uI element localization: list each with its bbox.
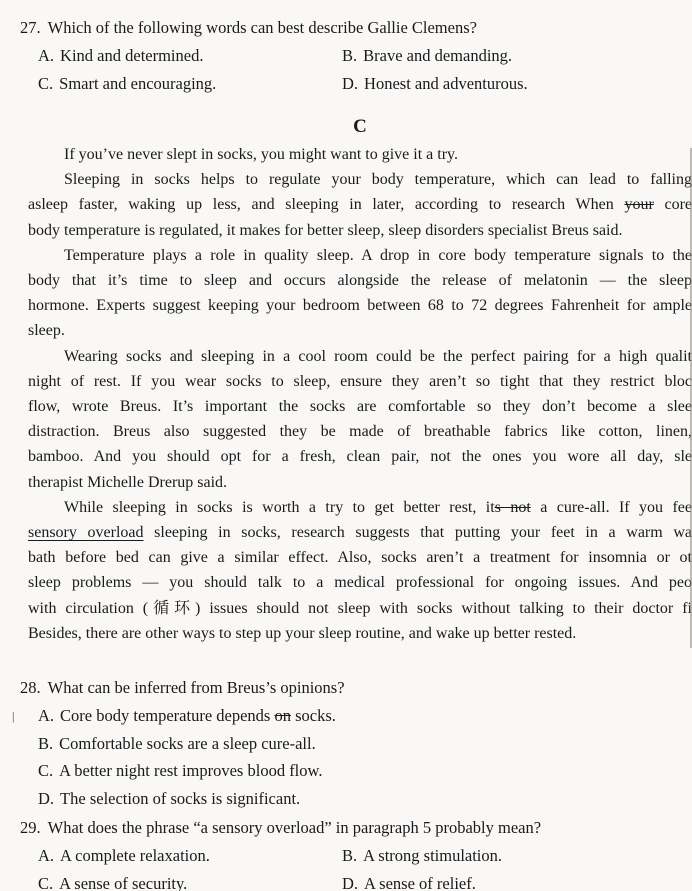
text-segment: therapist Michelle Drerup said. bbox=[28, 474, 227, 491]
text-segment: What does the phrase “a sensory overload… bbox=[48, 818, 541, 837]
text-segment: While sleeping in socks is worth a try t… bbox=[64, 499, 495, 516]
text-segment: hormone. Experts suggest keeping your be… bbox=[28, 297, 692, 314]
underlined-phrase: sensory overload bbox=[28, 524, 144, 541]
question-29: 29.What does the phrase “a sensory overl… bbox=[0, 814, 692, 891]
text-segment: bamboo. And you should opt for a fresh, … bbox=[28, 448, 692, 465]
text-segment: with circulation (循环) issues should not … bbox=[28, 600, 692, 617]
question-number: 29. bbox=[20, 818, 41, 837]
question-prompt: 27.Which of the following words can best… bbox=[20, 14, 692, 42]
passage-heading: C bbox=[28, 114, 692, 140]
question-prompt: 29.What does the phrase “a sensory overl… bbox=[20, 814, 692, 842]
option-label: B. bbox=[38, 734, 53, 753]
passage-p5-line3: bath before bed can give a similar effec… bbox=[28, 545, 692, 570]
struck-text-artifact: on bbox=[274, 706, 291, 725]
option-text: Core body temperature depends on socks. bbox=[60, 706, 336, 725]
option-label: D. bbox=[342, 74, 358, 93]
text-segment: Brave and demanding. bbox=[363, 46, 512, 65]
option-label: B. bbox=[342, 846, 357, 865]
text-segment: a cure-all. If you fee bbox=[531, 499, 692, 516]
text-segment: A better night rest improves blood flow. bbox=[59, 761, 322, 780]
option-b: B.Comfortable socks are a sleep cure-all… bbox=[38, 730, 692, 758]
text-segment: Core body temperature depends bbox=[60, 706, 274, 725]
option-d: D.A sense of relief. bbox=[342, 870, 692, 891]
option-a: A.Kind and determined. bbox=[38, 42, 342, 70]
option-label: A. bbox=[38, 706, 54, 725]
text-segment: Honest and adventurous. bbox=[364, 74, 528, 93]
options-list: |A.Core body temperature depends on sock… bbox=[20, 702, 692, 812]
option-label: A. bbox=[38, 846, 54, 865]
option-text: A sense of security. bbox=[59, 874, 187, 891]
question-text: What can be inferred from Breus’s opinio… bbox=[48, 678, 345, 697]
option-label: D. bbox=[38, 789, 54, 808]
text-segment: socks. bbox=[291, 706, 336, 725]
struck-text-artifact: your bbox=[624, 196, 653, 213]
text-segment: bath before bed can give a similar effec… bbox=[28, 549, 692, 566]
passage-p4-line3: flow, wrote Breus. It’s important the so… bbox=[28, 394, 692, 419]
struck-text-artifact: s not bbox=[495, 499, 531, 516]
text-segment: flow, wrote Breus. It’s important the so… bbox=[28, 398, 692, 415]
text-segment: Which of the following words can best de… bbox=[48, 18, 477, 37]
option-text: Comfortable socks are a sleep cure-all. bbox=[59, 734, 316, 753]
option-text: A better night rest improves blood flow. bbox=[59, 761, 322, 780]
passage-p5-line6: Besides, there are other ways to step up… bbox=[28, 621, 692, 646]
option-text: The selection of socks is significant. bbox=[60, 789, 300, 808]
question-number: 28. bbox=[20, 678, 41, 697]
option-d: D.Honest and adventurous. bbox=[342, 70, 692, 98]
option-label: C. bbox=[38, 74, 53, 93]
text-segment: Comfortable socks are a sleep cure-all. bbox=[59, 734, 316, 753]
question-number: 27. bbox=[20, 18, 41, 37]
passage-p3-line4: sleep. bbox=[28, 318, 692, 343]
passage-p5-line5: with circulation (循环) issues should not … bbox=[28, 596, 692, 621]
option-c: C.A better night rest improves blood flo… bbox=[38, 757, 692, 785]
text-segment: sleeping in socks, research suggests tha… bbox=[144, 524, 692, 541]
text-segment: If you’ve never slept in socks, you migh… bbox=[64, 146, 458, 163]
passage-p2-line1: Sleeping in socks helps to regulate your… bbox=[28, 167, 692, 192]
option-b: B.Brave and demanding. bbox=[342, 42, 692, 70]
option-text: A sense of relief. bbox=[364, 874, 476, 891]
passage-p3-line3: hormone. Experts suggest keeping your be… bbox=[28, 293, 692, 318]
option-text: Honest and adventurous. bbox=[364, 74, 528, 93]
passage-p4-line4: distraction. Breus also suggested they b… bbox=[28, 419, 692, 444]
text-segment: A strong stimulation. bbox=[363, 846, 502, 865]
text-segment: asleep faster, waking up less, and sleep… bbox=[28, 196, 624, 213]
passage-p5-line1: While sleeping in socks is worth a try t… bbox=[28, 495, 692, 520]
text-segment: Sleeping in socks helps to regulate your… bbox=[64, 171, 692, 188]
passage-p1-line1: If you’ve never slept in socks, you migh… bbox=[28, 142, 692, 167]
question-prompt: 28.What can be inferred from Breus’s opi… bbox=[20, 674, 692, 702]
text-segment: sleep. bbox=[28, 322, 65, 339]
text-segment: A sense of security. bbox=[59, 874, 187, 891]
passage-p5-line2: sensory overload sleeping in socks, rese… bbox=[28, 520, 692, 545]
text-segment: A sense of relief. bbox=[364, 874, 476, 891]
option-c: C.A sense of security. bbox=[38, 870, 342, 891]
text-segment: core bbox=[654, 196, 692, 213]
passage-p4-line5: bamboo. And you should opt for a fresh, … bbox=[28, 444, 692, 469]
text-segment: night of rest. If you wear socks to slee… bbox=[28, 373, 692, 390]
option-text: Brave and demanding. bbox=[363, 46, 512, 65]
option-a: A.A complete relaxation. bbox=[38, 842, 342, 870]
option-label: B. bbox=[342, 46, 357, 65]
question-28: 28.What can be inferred from Breus’s opi… bbox=[0, 674, 692, 812]
option-text: A complete relaxation. bbox=[60, 846, 210, 865]
text-segment: Smart and encouraging. bbox=[59, 74, 216, 93]
passage-p4-line1: Wearing socks and sleeping in a cool roo… bbox=[28, 344, 692, 369]
passage-p5-line4: sleep problems — you should talk to a me… bbox=[28, 570, 692, 595]
option-label: C. bbox=[38, 874, 53, 891]
reading-passage-c: C If you’ve never slept in socks, you mi… bbox=[0, 114, 692, 646]
text-segment: body that it’s time to sleep and occurs … bbox=[28, 272, 692, 289]
passage-p4-line6: therapist Michelle Drerup said. bbox=[28, 470, 692, 495]
option-label: C. bbox=[38, 761, 53, 780]
passage-p3-line2: body that it’s time to sleep and occurs … bbox=[28, 268, 692, 293]
option-label: A. bbox=[38, 46, 54, 65]
passage-p4-line2: night of rest. If you wear socks to slee… bbox=[28, 369, 692, 394]
passage-p2-line2: asleep faster, waking up less, and sleep… bbox=[28, 192, 692, 217]
text-segment: What can be inferred from Breus’s opinio… bbox=[48, 678, 345, 697]
passage-p2-line3: body temperature is regulated, it makes … bbox=[28, 218, 692, 243]
question-text: What does the phrase “a sensory overload… bbox=[48, 818, 541, 837]
passage-body: If you’ve never slept in socks, you migh… bbox=[0, 142, 692, 646]
text-segment: body temperature is regulated, it makes … bbox=[28, 222, 622, 239]
option-text: Kind and determined. bbox=[60, 46, 203, 65]
margin-tick-artifact: | bbox=[12, 703, 14, 731]
option-a: |A.Core body temperature depends on sock… bbox=[38, 702, 692, 730]
text-segment: Kind and determined. bbox=[60, 46, 203, 65]
text-segment: A complete relaxation. bbox=[60, 846, 210, 865]
text-segment: Besides, there are other ways to step up… bbox=[28, 625, 576, 642]
option-d: D.The selection of socks is significant. bbox=[38, 785, 692, 813]
text-segment: sleep problems — you should talk to a me… bbox=[28, 574, 692, 591]
options-list: A.A complete relaxation.B.A strong stimu… bbox=[20, 842, 692, 891]
text-segment: distraction. Breus also suggested they b… bbox=[28, 423, 692, 440]
options-list: A.Kind and determined.B.Brave and demand… bbox=[20, 42, 692, 98]
question-text: Which of the following words can best de… bbox=[48, 18, 477, 37]
option-text: A strong stimulation. bbox=[363, 846, 502, 865]
option-text: Smart and encouraging. bbox=[59, 74, 216, 93]
passage-p3-line1: Temperature plays a role in quality slee… bbox=[28, 243, 692, 268]
text-segment: Temperature plays a role in quality slee… bbox=[64, 247, 692, 264]
text-segment: Wearing socks and sleeping in a cool roo… bbox=[64, 348, 692, 365]
text-segment: The selection of socks is significant. bbox=[60, 789, 300, 808]
question-27: 27.Which of the following words can best… bbox=[0, 0, 692, 98]
option-c: C.Smart and encouraging. bbox=[38, 70, 342, 98]
exam-page: 27.Which of the following words can best… bbox=[0, 0, 692, 891]
option-label: D. bbox=[342, 874, 358, 891]
option-b: B.A strong stimulation. bbox=[342, 842, 692, 870]
